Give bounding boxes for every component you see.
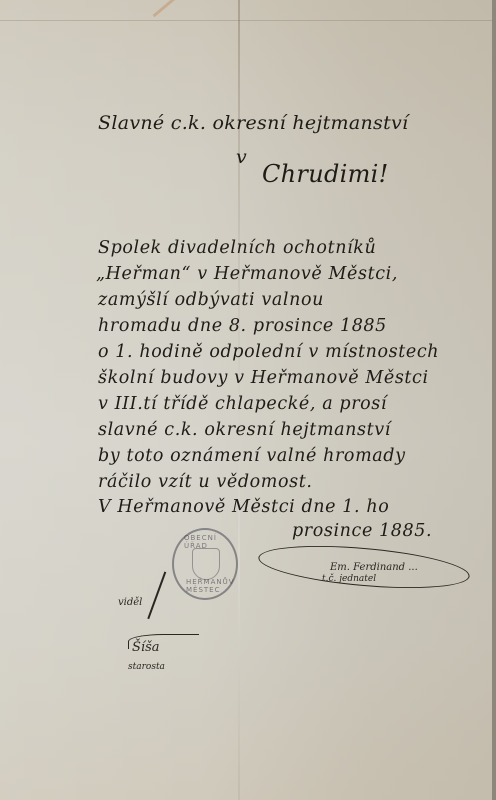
paper-fold-horizontal	[0, 20, 492, 21]
addressee-line-1: Slavné c.k. okresní hejtmanství	[98, 112, 408, 134]
body-line: zamýšlí odbývati valnou	[98, 290, 324, 310]
body-line: hromadu dne 8. prosince 1885	[98, 316, 387, 336]
body-line: V Heřmanově Městci dne 1. ho	[98, 497, 389, 517]
stamp-text-bottom: HEŘMANŮV MĚSTEC	[186, 578, 236, 594]
body-line: by toto oznámení valné hromady	[98, 446, 406, 466]
signature-name: Em. Ferdinand ...	[330, 562, 418, 573]
body-line: v III.tí třídě chlapecké, a prosí	[98, 394, 387, 414]
signature-role: t.č. jednatel	[322, 574, 376, 584]
body-line: o 1. hodině odpolední v místnostech	[98, 342, 439, 362]
addressee-city: Chrudimi!	[262, 160, 389, 188]
body-line: „Heřman“ v Heřmanově Městci,	[96, 264, 398, 284]
addressee-line-2: v	[236, 146, 247, 168]
seen-annotation: viděl	[118, 597, 142, 608]
body-line: školní budovy v Heřmanově Městci	[98, 368, 429, 388]
official-stamp: OBECNÍ ÚŘAD HEŘMANŮV MĚSTEC	[172, 528, 238, 600]
mayor-role: starosta	[128, 662, 165, 672]
paper-edge	[492, 0, 496, 800]
mayor-signature: Šíša	[132, 640, 160, 655]
body-line: prosince 1885.	[292, 521, 432, 541]
body-line: ráčilo vzít u vědomost.	[98, 472, 313, 492]
body-line: slavné c.k. okresní hejtmanství	[98, 420, 391, 440]
coat-of-arms-icon	[192, 548, 220, 580]
body-line: Spolek divadelních ochotníků	[98, 238, 376, 258]
